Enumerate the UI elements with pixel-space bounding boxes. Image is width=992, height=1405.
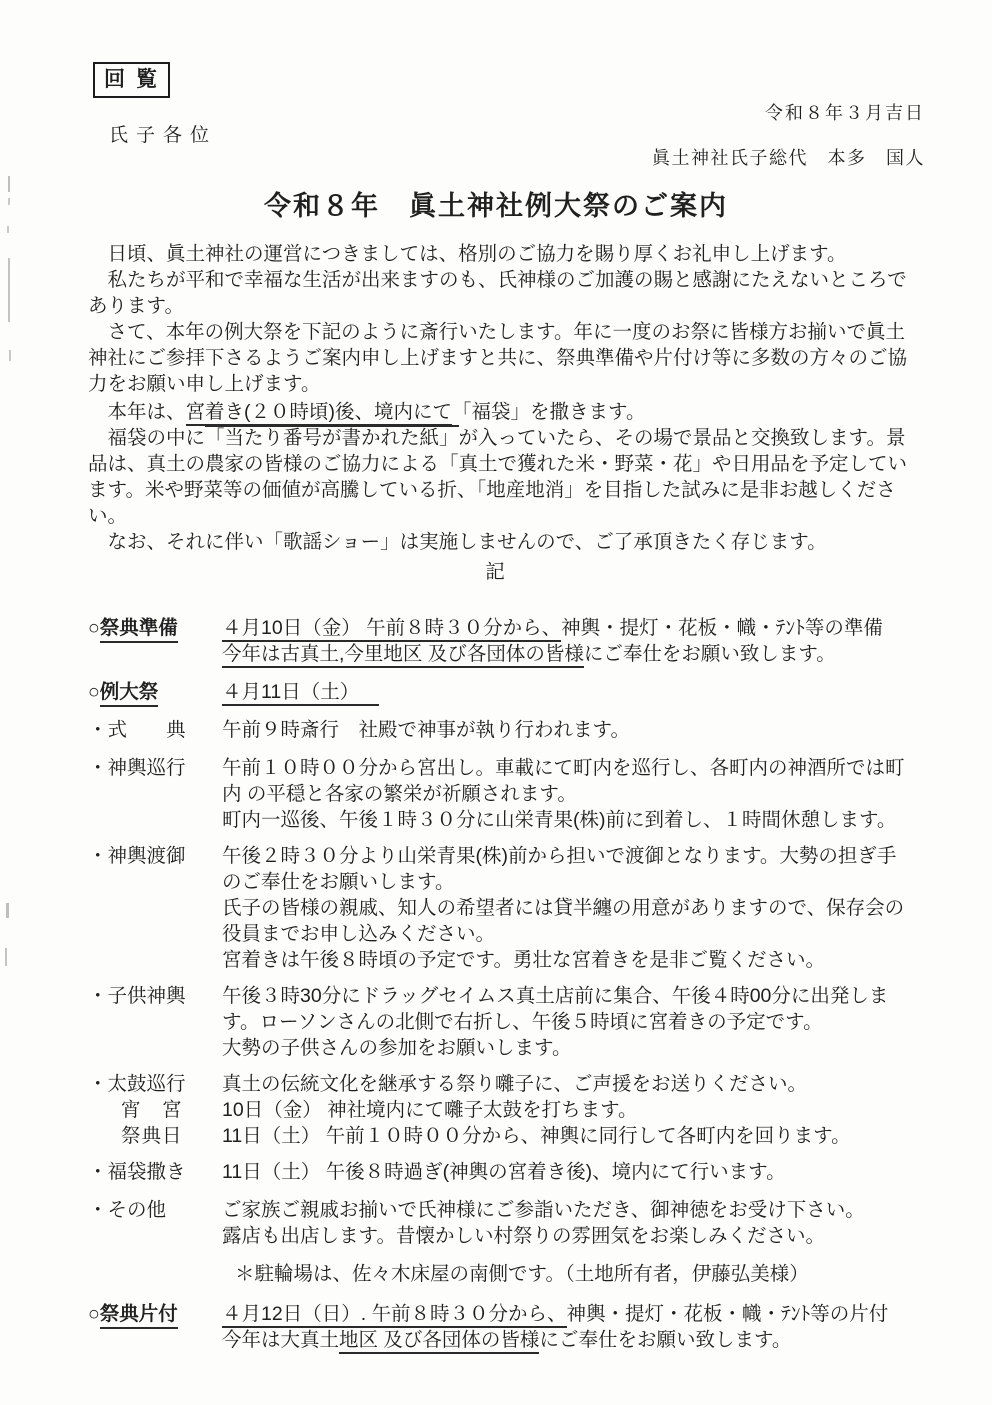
scan-artifact xyxy=(6,903,9,918)
scan-artifact xyxy=(8,176,10,192)
underlined-date-time: ４月10日（金） 午前８時３０分から、 xyxy=(222,617,561,642)
item-content-preparation: ４月10日（金） 午前８時３０分から、神輿・提灯・花板・幟・ﾃﾝﾄ等の準備 今年… xyxy=(222,615,948,667)
others-line-1: ご家族ご親戚お揃いで氏神様にご参詣いただき、御神徳をお受け下さい。 xyxy=(222,1197,948,1223)
issue-date: 令和８年３月吉日 xyxy=(765,99,925,125)
item-label-children-mikoshi: ・子供神輿 xyxy=(88,983,222,1009)
item-label-mikoshi-procession: ・神輿渡御 xyxy=(88,843,222,869)
sender-line: 眞土神社氏子総代 本多 国人 xyxy=(652,144,925,170)
cleanup-line-1: ４月12日（日）. 午前８時３０分から、神輿・提灯・花板・幟・ﾃﾝﾄ等の片付 xyxy=(222,1301,948,1327)
lucky-bag-line: 11日（土） 午後８時過ぎ(神輿の宮着き後)、境内にて行います。 xyxy=(222,1159,948,1185)
mikoshi-procession-line-4: 役員までお申し込みください。 xyxy=(222,921,948,947)
main-festival-date: ４月11日（土） xyxy=(222,679,948,705)
mikoshi-procession-line-1: 午後２時３０分より山栄青果(株)前から担いで渡御となります。大勢の担ぎ手 xyxy=(222,843,948,869)
fukubukuro-line-2-post: が入っていたら、その場で景品と交換致します。景 xyxy=(459,427,906,449)
item-label-ceremony: ・式 典 xyxy=(88,717,222,743)
item-label-text: その他 xyxy=(108,1199,167,1221)
overlined-winning-number-phrase: 「当たり番号が書かれた紙」 xyxy=(205,425,459,449)
intro-paragraphs: 日頃、眞土神社の運営につきましては、格別のご協力を賜り厚くお礼申し上げます。 私… xyxy=(88,241,948,397)
dot-marker: ・ xyxy=(88,985,108,1007)
ceremony-line-1: 午前９時斎行 社殿で神事が執り行われます。 xyxy=(222,717,948,743)
schedule-item-children-mikoshi: ・子供神輿 午後３時30分にドラッグセイムス真土店前に集合、午後４時00分に出発… xyxy=(88,983,948,1061)
schedule-item-taiko-group: ・太鼓巡行 真土の伝統文化を継承する祭り囃子に、ご声援をお送りください。 宵 宮… xyxy=(88,1071,948,1149)
item-label-text: 子供神輿 xyxy=(108,985,186,1007)
circle-marker: ○ xyxy=(88,681,100,703)
item-label-text: 祭典片付 xyxy=(100,1303,178,1329)
fukubukuro-paragraphs: 本年は、宮着き(２０時頃)後、境内にて「福袋」を撒きます。 福袋の中に「当たり番… xyxy=(88,399,948,555)
item-content-mikoshi-parade: 午前１０時００分から宮出し。車載にて町内を巡行し、各町内の神酒所では町 内 の平… xyxy=(222,755,948,833)
intro-line-1: 日頃、眞土神社の運営につきましては、格別のご協力を賜り厚くお礼申し上げます。 xyxy=(88,241,948,267)
children-mikoshi-line-2: す。ローソンさんの北側で右折し、午後５時頃に宮着きの予定です。 xyxy=(222,1009,948,1035)
item-label-text: 太鼓巡行 xyxy=(108,1073,186,1095)
scanned-notice-page: 回覧 令和８年３月吉日 氏子各位 眞土神社氏子総代 本多 国人 令和８年 眞土神… xyxy=(0,0,992,1405)
cleanup-line-2: 今年は大真土地区 及び各団体の皆様にご奉仕をお願い致します。 xyxy=(222,1327,948,1353)
schedule-list: ○祭典準備 ４月10日（金） 午前８時３０分から、神輿・提灯・花板・幟・ﾃﾝﾄ等… xyxy=(88,615,948,1353)
document-title: 令和８年 眞土神社例大祭のご案内 xyxy=(0,184,992,223)
dot-marker: ・ xyxy=(88,1161,108,1183)
cleanup-line-1-rest: 神輿・提灯・花板・幟・ﾃﾝﾄ等の片付 xyxy=(567,1303,889,1325)
item-label-text: 例大祭 xyxy=(100,681,159,707)
mikoshi-procession-line-3: 氏子の皆様の親戚、知人の希望者には貸半纏の用意がありますので、保存会の xyxy=(222,895,948,921)
schedule-subitem-eve-festival: 宵 宮 10日（金） 神社境内にて囃子太鼓を打ちます。 xyxy=(88,1097,948,1123)
item-label-mikoshi-parade: ・神輿巡行 xyxy=(88,755,222,781)
item-label-main-festival: ○例大祭 xyxy=(88,679,222,705)
item-label-cleanup: ○祭典片付 xyxy=(88,1301,222,1327)
dot-marker: ・ xyxy=(88,719,108,741)
fukubukuro-line-2: 福袋の中に「当たり番号が書かれた紙」が入っていたら、その場で景品と交換致します。… xyxy=(88,425,948,451)
item-content-children-mikoshi: 午後３時30分にドラッグセイムス真土店前に集合、午後４時00分に出発しま す。ロ… xyxy=(222,983,948,1061)
preparation-line-2-rest: にご奉仕をお願い致します。 xyxy=(584,643,836,665)
circle-marker: ○ xyxy=(88,1303,100,1325)
item-content-mikoshi-procession: 午後２時３０分より山栄青果(株)前から担いで渡御となります。大勢の担ぎ手 のご奉… xyxy=(222,843,948,973)
intro-line-5: 神社にご参拝下さるようご案内申し上げますと共に、祭典準備や片付け等に多数の方々の… xyxy=(88,345,948,371)
recipient-line: 氏子各位 xyxy=(109,120,217,147)
preparation-line-2: 今年は古真土,今里地区 及び各団体の皆様にご奉仕をお願い致します。 xyxy=(222,641,948,667)
mikoshi-parade-line-3: 町内一巡後、午後１時３０分に山栄青果(株)前に到着し、１時間休憩します。 xyxy=(222,807,948,833)
schedule-subitem-festival-day: 祭典日 11日（土） 午前１０時００分から、神輿に同行して各町内を回ります。 xyxy=(88,1123,948,1149)
item-label-preparation: ○祭典準備 xyxy=(88,615,222,641)
subitem-label-eve-festival: 宵 宮 xyxy=(88,1097,222,1123)
item-label-text: 祭典準備 xyxy=(100,617,178,643)
item-label-text: 式 典 xyxy=(108,719,186,741)
taiko-line-1: 真土の伝統文化を継承する祭り囃子に、ご声援をお送りください。 xyxy=(222,1071,948,1097)
schedule-item-lucky-bag: ・福袋撒き 11日（土） 午後８時過ぎ(神輿の宮着き後)、境内にて行います。 xyxy=(88,1159,948,1185)
cleanup-line-2-pre: 今年は大真土 xyxy=(222,1329,339,1351)
parking-note: ＊駐輪場は、佐々木床屋の南側です。（土地所有者，伊藤弘美様） xyxy=(235,1261,948,1287)
record-heading: 記 xyxy=(0,556,992,584)
intro-line-4: さて、本年の例大祭を下記のように斎行いたします。年に一度のお祭に皆様方お揃いで眞… xyxy=(88,319,948,345)
mikoshi-parade-line-2: 内 の平穏と各家の繁栄が祈願されます。 xyxy=(222,781,948,807)
underlined-miyatsuki-phrase: 宮着き(２０時頃)後、境内にて xyxy=(186,401,453,426)
item-label-lucky-bag: ・福袋撒き xyxy=(88,1159,222,1185)
item-content-others: ご家族ご親戚お揃いで氏神様にご参詣いただき、御神徳をお受け下さい。 露店も出店し… xyxy=(222,1197,948,1249)
schedule-item-taiko: ・太鼓巡行 真土の伝統文化を継承する祭り囃子に、ご声援をお送りください。 xyxy=(88,1071,948,1097)
mikoshi-parade-line-1: 午前１０時００分から宮出し。車載にて町内を巡行し、各町内の神酒所では町 xyxy=(222,755,948,781)
mikoshi-procession-line-2: のご奉仕をお願いします。 xyxy=(222,869,948,895)
children-mikoshi-line-1: 午後３時30分にドラッグセイムス真土店前に集合、午後４時00分に出発しま xyxy=(222,983,948,1009)
underlined-date: ４月11日（土） xyxy=(222,681,379,706)
eve-festival-line: 10日（金） 神社境内にて囃子太鼓を打ちます。 xyxy=(222,1097,948,1123)
underlined-districts: 今年は古真土,今里地区 及び各団体の皆様 xyxy=(222,643,584,668)
cleanup-line-2-rest: にご奉仕をお願い致します。 xyxy=(539,1329,791,1351)
fukubukuro-line-1-post: 「福袋」を撒きます。 xyxy=(452,401,645,423)
fukubukuro-line-3: 品は、真土の農家の皆様のご協力による「真土で獲れた米・野菜・花」や日用品を予定し… xyxy=(88,451,948,477)
intro-line-3: あります。 xyxy=(88,293,948,319)
fukubukuro-line-6: なお、それに伴い「歌謡ショー」は実施しませんので、ご了承頂きたく存じます。 xyxy=(88,529,948,555)
scan-artifact xyxy=(7,226,9,233)
subitem-label-festival-day: 祭典日 xyxy=(88,1123,222,1149)
item-content-lucky-bag: 11日（土） 午後８時過ぎ(神輿の宮着き後)、境内にて行います。 xyxy=(222,1159,948,1185)
fukubukuro-line-4: ます。米や野菜等の価値が高騰している折、「地産地消」を目指した試みに是非お越しく… xyxy=(88,477,948,503)
item-label-others: ・その他 xyxy=(88,1197,222,1223)
fukubukuro-line-5: い。 xyxy=(88,503,948,529)
scan-artifact xyxy=(9,350,11,361)
item-content-taiko: 真土の伝統文化を継承する祭り囃子に、ご声援をお送りください。 xyxy=(222,1071,948,1097)
item-label-text: 神輿渡御 xyxy=(108,845,186,867)
fukubukuro-line-2-pre: 福袋の中に xyxy=(88,427,205,449)
others-line-2: 露店も出店します。昔懐かしい村祭りの雰囲気をお楽しみください。 xyxy=(222,1223,948,1249)
kairan-circulation-stamp: 回覧 xyxy=(93,62,170,98)
scan-artifact xyxy=(8,198,10,205)
subitem-content-festival-day: 11日（土） 午前１０時００分から、神輿に同行して各町内を回ります。 xyxy=(222,1123,948,1149)
intro-line-6: 力をお願い申し上げます。 xyxy=(88,371,948,397)
subitem-content-eve-festival: 10日（金） 神社境内にて囃子太鼓を打ちます。 xyxy=(222,1097,948,1123)
festival-day-line: 11日（土） 午前１０時００分から、神輿に同行して各町内を回ります。 xyxy=(222,1123,948,1149)
schedule-item-ceremony: ・式 典 午前９時斎行 社殿で神事が執り行われます。 xyxy=(88,717,948,743)
preparation-line-1: ４月10日（金） 午前８時３０分から、神輿・提灯・花板・幟・ﾃﾝﾄ等の準備 xyxy=(222,615,948,641)
mikoshi-procession-line-5: 宮着きは午後８時頃の予定です。勇壮な宮着きを是非ご覧ください。 xyxy=(222,947,948,973)
scan-artifact xyxy=(5,948,7,966)
schedule-item-mikoshi-procession: ・神輿渡御 午後２時３０分より山栄青果(株)前から担いで渡御となります。大勢の担… xyxy=(88,843,948,973)
item-label-text: 神輿巡行 xyxy=(108,757,186,779)
dot-marker: ・ xyxy=(88,845,108,867)
dot-marker: ・ xyxy=(88,1199,108,1221)
underlined-date-time: ４月12日（日）. 午前８時３０分から、 xyxy=(222,1303,567,1328)
schedule-item-cleanup: ○祭典片付 ４月12日（日）. 午前８時３０分から、神輿・提灯・花板・幟・ﾃﾝﾄ… xyxy=(88,1301,948,1353)
dot-marker: ・ xyxy=(88,1073,108,1095)
dot-marker: ・ xyxy=(88,757,108,779)
item-label-text: 福袋撒き xyxy=(108,1161,186,1183)
item-content-ceremony: 午前９時斎行 社殿で神事が執り行われます。 xyxy=(222,717,948,743)
schedule-item-others: ・その他 ご家族ご親戚お揃いで氏神様にご参詣いただき、御神徳をお受け下さい。 露… xyxy=(88,1197,948,1249)
schedule-item-main-festival: ○例大祭 ４月11日（土） xyxy=(88,679,948,705)
intro-line-2: 私たちが平和で幸福な生活が出来ますのも、氏神様のご加護の賜と感謝にたえないところ… xyxy=(88,267,948,293)
schedule-item-mikoshi-parade: ・神輿巡行 午前１０時００分から宮出し。車載にて町内を巡行し、各町内の神酒所では… xyxy=(88,755,948,833)
item-content-cleanup: ４月12日（日）. 午前８時３０分から、神輿・提灯・花板・幟・ﾃﾝﾄ等の片付 今… xyxy=(222,1301,948,1353)
children-mikoshi-line-3: 大勢の子供さんの参加をお願いします。 xyxy=(222,1035,948,1061)
fukubukuro-line-1: 本年は、宮着き(２０時頃)後、境内にて「福袋」を撒きます。 xyxy=(88,399,948,425)
scan-artifact xyxy=(8,258,10,322)
item-label-taiko: ・太鼓巡行 xyxy=(88,1071,222,1097)
fukubukuro-line-1-pre: 本年は、 xyxy=(88,401,186,423)
schedule-item-preparation: ○祭典準備 ４月10日（金） 午前８時３０分から、神輿・提灯・花板・幟・ﾃﾝﾄ等… xyxy=(88,615,948,667)
item-content-main-festival: ４月11日（土） xyxy=(222,679,948,705)
underlined-districts: 地区 及び各団体の皆様 xyxy=(339,1329,539,1354)
preparation-line-1-rest: 神輿・提灯・花板・幟・ﾃﾝﾄ等の準備 xyxy=(561,617,883,639)
circle-marker: ○ xyxy=(88,617,100,639)
